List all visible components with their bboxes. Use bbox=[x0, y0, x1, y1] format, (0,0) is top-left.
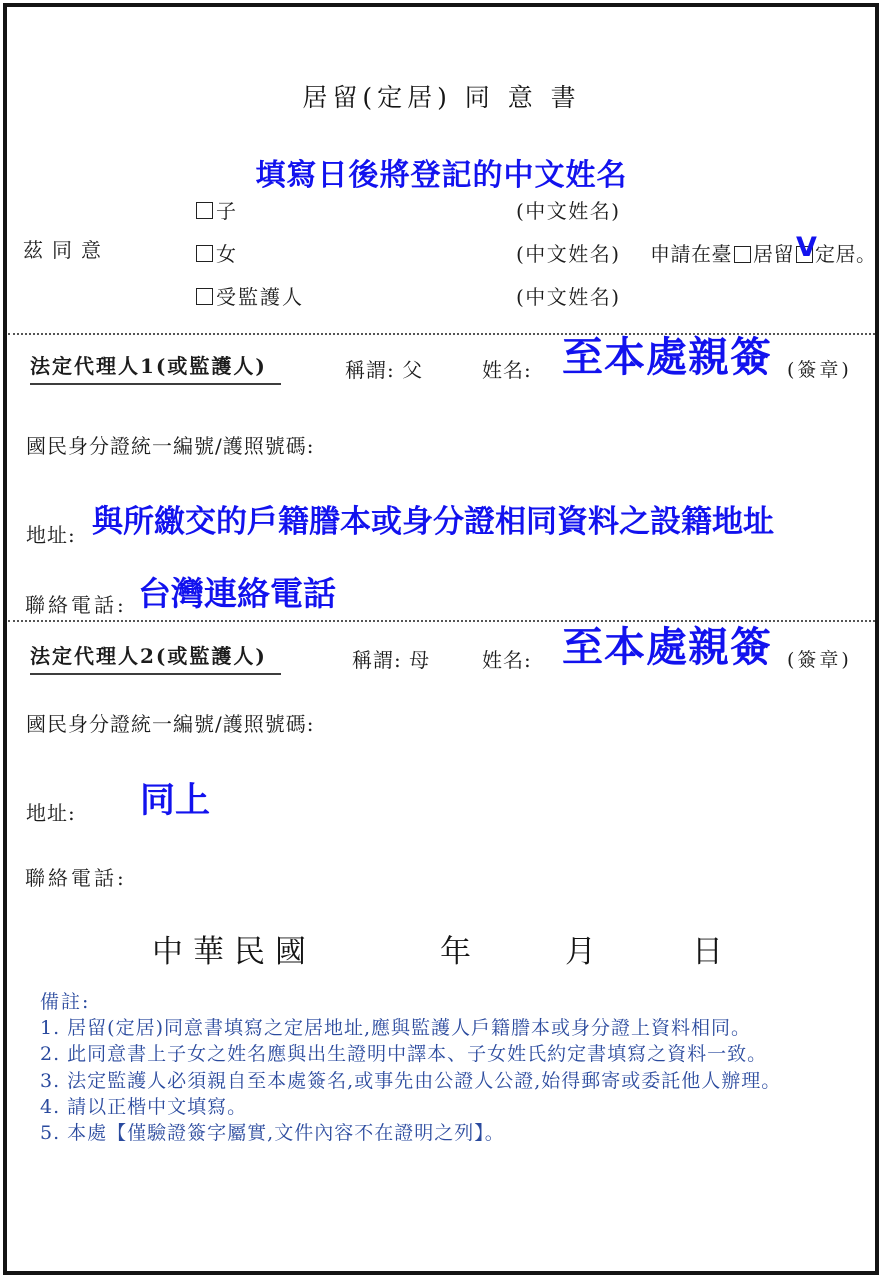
blue-checkmark-icon: V bbox=[796, 234, 817, 261]
date-year-label: 年 bbox=[440, 926, 471, 971]
note-item-4: 4. 請以正楷中文填寫。 bbox=[40, 1094, 863, 1120]
guardian1-id-label: 國民身分證統一編號/護照號碼: bbox=[26, 430, 314, 459]
apply-prefix: 申請在臺 bbox=[650, 242, 732, 266]
son-checkbox[interactable] bbox=[196, 202, 213, 219]
annotation-heading: 填寫日後將登記的中文姓名 bbox=[0, 150, 883, 194]
guardian2-heading: 法定代理人2(或監護人) bbox=[30, 640, 281, 675]
date-era-label: 中華民國 bbox=[152, 926, 316, 971]
guardian2-sign-annotation: 至本處親簽 bbox=[562, 627, 772, 668]
guardian1-seal-label: (簽章) bbox=[787, 355, 852, 382]
guardian2-id-label: 國民身分證統一編號/護照號碼: bbox=[26, 708, 314, 737]
guardian2-phone-label: 聯絡電話: bbox=[25, 862, 127, 891]
guardian1-phone-annotation: 台灣連絡電話 bbox=[138, 577, 336, 610]
consent-prefix-label: 茲同意 bbox=[23, 234, 110, 263]
guardian1-heading: 法定代理人1(或監護人) bbox=[30, 350, 281, 385]
guardian1-name-label: 姓名: bbox=[482, 354, 532, 383]
option-row-ward: 受監護人 bbox=[196, 281, 304, 310]
note-item-5: 5. 本處【僅驗證簽字屬實,文件內容不在證明之列】。 bbox=[40, 1120, 863, 1146]
ward-label: 受監護人 bbox=[216, 285, 304, 309]
guardian2-name-label: 姓名: bbox=[482, 644, 532, 673]
consent-form-page: 居留(定居) 同 意 書 填寫日後將登記的中文姓名 茲同意 子 (中文姓名) 女… bbox=[0, 0, 883, 1280]
guardian1-address-annotation: 與所繳交的戶籍謄本或身分證相同資料之設籍地址 bbox=[92, 507, 774, 538]
notes-heading: 備註: bbox=[40, 989, 863, 1015]
daughter-checkbox[interactable] bbox=[196, 245, 213, 262]
ward-name-hint: (中文姓名) bbox=[516, 281, 621, 310]
note-item-3: 3. 法定監護人必須親自至本處簽名,或事先由公證人公證,始得郵寄或委託他人辦理。 bbox=[40, 1068, 863, 1094]
option-row-daughter: 女 bbox=[196, 238, 238, 267]
option-row-son: 子 bbox=[196, 195, 238, 224]
date-day-label: 日 bbox=[692, 926, 723, 971]
guardian1-relation-label: 稱謂: 父 bbox=[345, 354, 423, 383]
apply-segment: 申請在臺居留V定居。 bbox=[650, 238, 877, 267]
daughter-label: 女 bbox=[216, 242, 238, 266]
son-label: 子 bbox=[216, 199, 238, 223]
daughter-name-hint: (中文姓名) bbox=[516, 238, 621, 267]
note-item-1: 1. 居留(定居)同意書填寫之定居地址,應與監護人戶籍謄本或身分證上資料相同。 bbox=[40, 1015, 863, 1041]
settlement-label: 定居。 bbox=[815, 242, 877, 266]
ward-checkbox[interactable] bbox=[196, 288, 213, 305]
settlement-checkbox[interactable]: V bbox=[796, 246, 813, 263]
notes-block: 備註: 1. 居留(定居)同意書填寫之定居地址,應與監護人戶籍謄本或身分證上資料… bbox=[40, 989, 863, 1146]
section-divider-2 bbox=[8, 620, 875, 622]
residence-checkbox[interactable] bbox=[734, 246, 751, 263]
guardian2-seal-label: (簽章) bbox=[787, 645, 852, 672]
guardian1-phone-label: 聯絡電話: bbox=[25, 589, 127, 618]
guardian1-sign-annotation: 至本處親簽 bbox=[562, 337, 772, 378]
page-title: 居留(定居) 同 意 書 bbox=[0, 78, 883, 114]
date-month-label: 月 bbox=[565, 926, 596, 971]
guardian2-address-label: 地址: bbox=[26, 797, 76, 826]
guardian2-relation-label: 稱謂: 母 bbox=[352, 644, 430, 673]
residence-label: 居留 bbox=[753, 242, 794, 266]
guardian1-address-label: 地址: bbox=[26, 519, 76, 548]
note-item-2: 2. 此同意書上子女之姓名應與出生證明中譯本、子女姓氏約定書填寫之資料一致。 bbox=[40, 1041, 863, 1067]
son-name-hint: (中文姓名) bbox=[516, 195, 621, 224]
guardian2-address-annotation: 同上 bbox=[140, 784, 210, 819]
